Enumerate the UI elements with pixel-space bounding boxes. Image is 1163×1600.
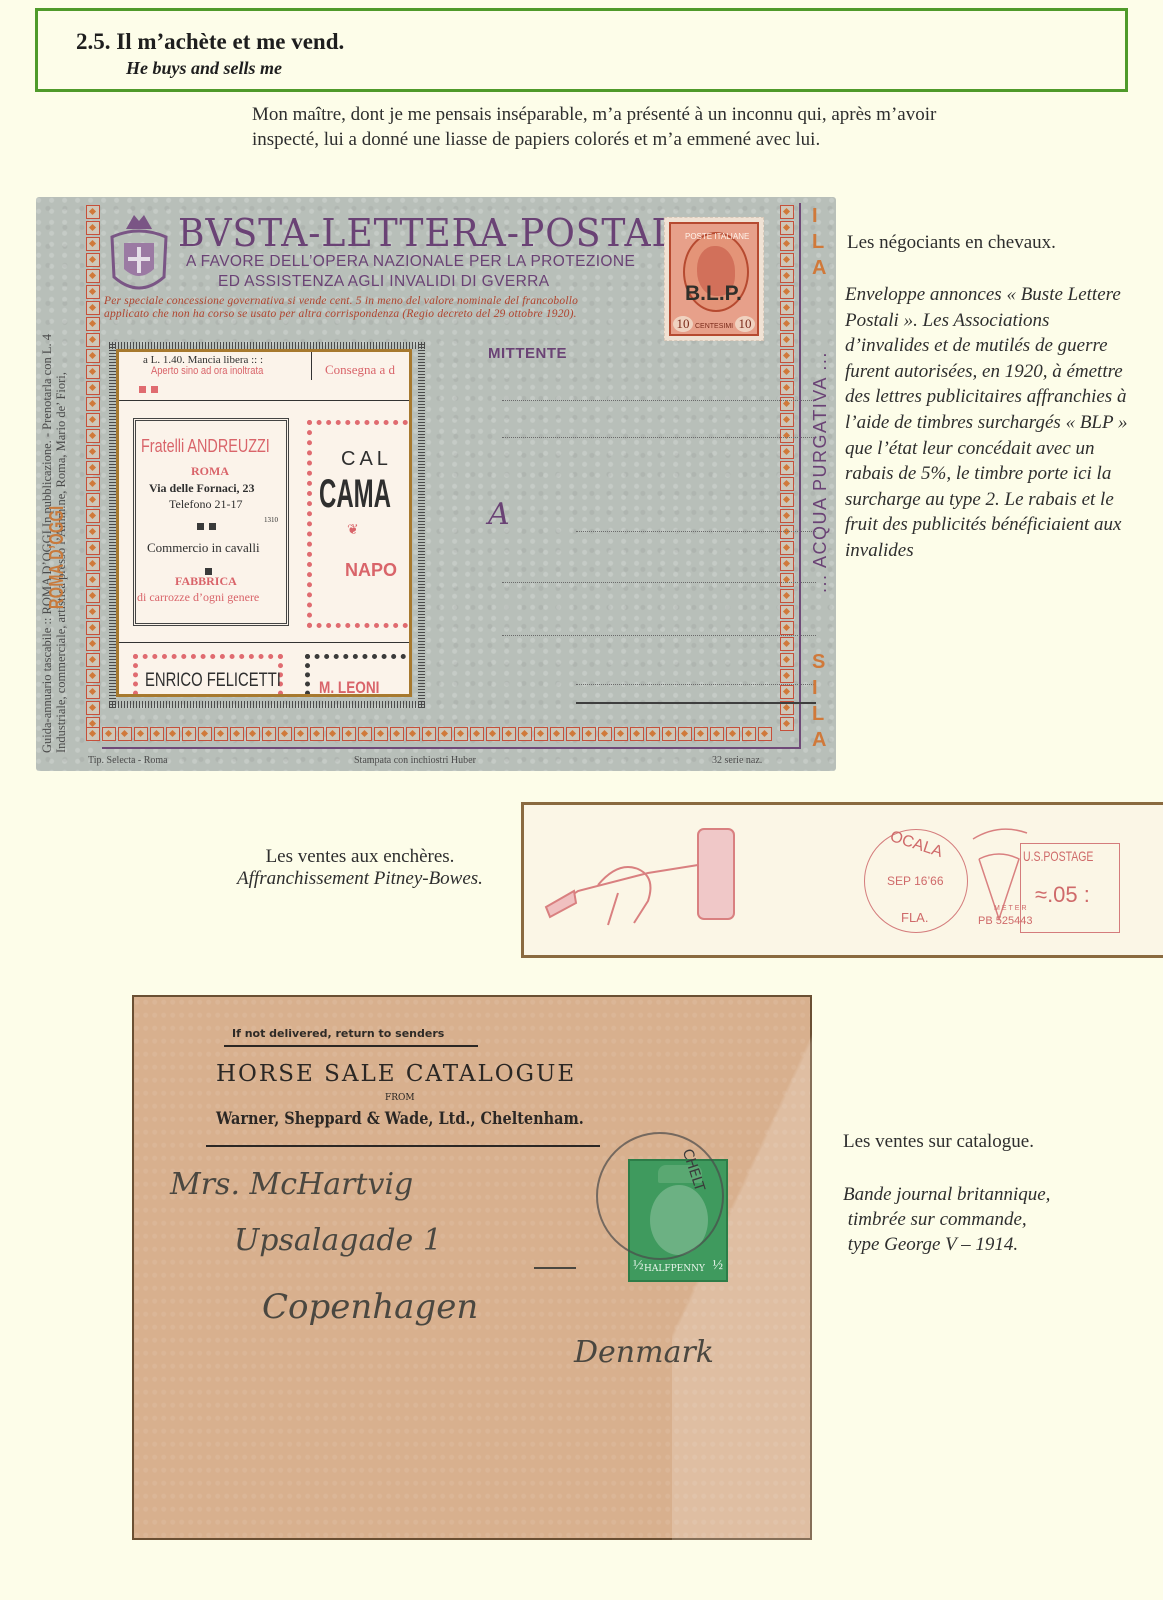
ad-fabbrica: FABBRICA — [175, 574, 237, 589]
border-tile — [86, 301, 100, 315]
border-tile — [86, 365, 100, 379]
border-tile — [780, 269, 794, 283]
border-tile — [502, 727, 516, 741]
ad-text: Aperto sino ad ora inoltrata — [151, 365, 263, 377]
border-tile — [780, 285, 794, 299]
address-line — [576, 684, 816, 685]
stamp-value: ½ — [633, 1258, 644, 1274]
border-tile — [310, 727, 324, 741]
rule — [206, 1145, 600, 1147]
border-tile — [662, 727, 676, 741]
border-tile — [518, 727, 532, 741]
border-tile — [406, 727, 420, 741]
border-tile — [86, 269, 100, 283]
border-tile — [438, 727, 452, 741]
border-tile — [780, 621, 794, 635]
border-tile — [780, 317, 794, 331]
border-tile — [780, 381, 794, 395]
ad-divider — [311, 352, 312, 380]
caption-line: Bande journal britannique, — [843, 1182, 1143, 1207]
border-tile — [780, 301, 794, 315]
right-margin-letter: I — [812, 677, 818, 700]
border-tile — [86, 669, 100, 683]
cheltenham-postmark — [596, 1132, 724, 1260]
border-tile — [758, 727, 772, 741]
border-tile — [86, 445, 100, 459]
address-line — [502, 437, 816, 438]
border-tile — [678, 727, 692, 741]
busta-subtitle: A FAVORE DELL’OPERA NAZIONALE PER LA PRO… — [186, 253, 635, 271]
handwritten-address: Mrs. McHartvig — [170, 1167, 413, 1202]
border-tile — [86, 253, 100, 267]
caption-auction: Les ventes aux enchères. Affranchissemen… — [200, 846, 520, 890]
border-tile — [86, 221, 100, 235]
border-tile — [294, 727, 308, 741]
series-number: 32 serie naz. — [712, 755, 762, 766]
border-tile — [780, 557, 794, 571]
border-tile — [86, 589, 100, 603]
border-tile — [780, 717, 794, 731]
border-tile — [486, 727, 500, 741]
border-tile — [150, 727, 164, 741]
border-tile — [86, 285, 100, 299]
ad-ornament — [139, 380, 163, 398]
ad-text: NAPO — [345, 560, 397, 581]
border-tile — [614, 727, 628, 741]
border-tile — [86, 541, 100, 555]
border-tile — [726, 727, 740, 741]
border-tile — [780, 333, 794, 347]
border-tile — [582, 727, 596, 741]
border-tile — [86, 461, 100, 475]
right-margin-letter: L — [812, 231, 824, 254]
ad-fabbrica-desc: di carrozze d’ogni genere — [137, 590, 259, 605]
address-line — [576, 531, 816, 532]
ad-divider — [119, 642, 412, 643]
border-tile — [390, 727, 404, 741]
pitney-bowes-cover: OCALA SEP 16’66 FLA. U.S.POSTAGE ≈.05 : … — [521, 802, 1163, 958]
border-tile — [214, 727, 228, 741]
border-tile — [780, 461, 794, 475]
caption-line: type George V – 1914. — [843, 1232, 1143, 1257]
address-line — [502, 400, 816, 401]
border-tile — [780, 477, 794, 491]
border-tile — [780, 237, 794, 251]
wrapper-firm: Warner, Sheppard & Wade, Ltd., Cheltenha… — [216, 1109, 584, 1129]
stamp-denomination: CENTESIMI — [695, 323, 733, 330]
stamp-denomination: HALFPENNY — [644, 1264, 705, 1274]
blp-stamp: POSTE ITALIANE B.L.P. 10 CENTESIMI 10 — [664, 217, 764, 341]
meter-indicia: U.S.POSTAGE ≈.05 : — [1020, 843, 1120, 933]
ad-code: 1310 — [264, 516, 278, 524]
border-line — [102, 747, 800, 749]
border-tile — [780, 205, 794, 219]
busta-note: Per speciale concessione governativa si … — [104, 295, 578, 307]
border-tile — [86, 605, 100, 619]
section-header: 2.5. Il m’achète et me vend. He buys and… — [35, 8, 1128, 92]
border-tile — [780, 253, 794, 267]
busta-title: BVSTA-LETTERA-POSTALE — [178, 211, 704, 255]
border-tile — [780, 525, 794, 539]
border-tile — [780, 637, 794, 651]
border-tile — [86, 333, 100, 347]
ad-text: ENRICO FELICETTI — [145, 670, 281, 692]
intro-paragraph: Mon maître, dont je me pensais inséparab… — [252, 102, 1082, 152]
border-tile — [278, 727, 292, 741]
border-tile — [646, 727, 660, 741]
ink-credit: Stampata con inchiostri Huber — [354, 755, 476, 766]
border-tile — [86, 477, 100, 491]
ad-company-name: Fratelli ANDREUZZI — [141, 436, 270, 457]
wrapper-title: HORSE SALE CATALOGUE — [216, 1061, 576, 1087]
roma-doggi-brand: ROMA D’OGGI — [46, 506, 69, 609]
border-tile — [86, 727, 100, 741]
ad-text: CAMA — [319, 472, 391, 517]
border-tile — [780, 429, 794, 443]
stamp-overprint: B.L.P. — [685, 282, 742, 306]
border-tile — [470, 727, 484, 741]
border-tile — [780, 493, 794, 507]
border-tile — [86, 573, 100, 587]
ad-text: M. LEONI & — [319, 678, 391, 697]
border-tile — [780, 541, 794, 555]
border-tile — [86, 317, 100, 331]
border-tile — [326, 727, 340, 741]
border-tile — [166, 727, 180, 741]
border-tile — [86, 205, 100, 219]
border-line — [799, 203, 801, 749]
ad-text: CAL — [341, 448, 392, 471]
border-tile — [710, 727, 724, 741]
ad-trade: Commercio in cavalli — [147, 540, 260, 556]
border-tile — [742, 727, 756, 741]
border-tile — [86, 429, 100, 443]
ads-window: a L. 1.40. Mancia libera :: : Aperto sin… — [116, 349, 412, 697]
border-tile — [86, 349, 100, 363]
card-footer: Tip. Selecta - Roma Stampata con inchios… — [36, 753, 836, 769]
grape-icon: ❦ — [347, 522, 359, 539]
border-tile — [86, 525, 100, 539]
acqua-purgativa-text: ... ACQUA PURGATIVA ... — [810, 351, 831, 593]
border-tile — [86, 637, 100, 651]
border-tile — [598, 727, 612, 741]
intro-line: inspecté, lui a donné une liasse de papi… — [252, 127, 1082, 152]
border-tile — [780, 605, 794, 619]
right-margin-ad: I L A ... ACQUA PURGATIVA ... S I L A — [806, 205, 834, 755]
busta-subtitle: ED ASSISTENZA AGLI INVALIDI DI GVERRA — [218, 273, 550, 291]
decorative-tile-border-bottom — [86, 727, 772, 741]
stamp-value: ½ — [713, 1258, 724, 1274]
border-tile — [780, 653, 794, 667]
border-tile — [422, 727, 436, 741]
border-tile — [86, 509, 100, 523]
caption-auction-subtitle: Affranchissement Pitney-Bowes. — [200, 868, 520, 890]
printer-credit: Tip. Selecta - Roma — [88, 755, 168, 766]
border-tile — [780, 685, 794, 699]
mittente-label: MITTENTE — [488, 345, 567, 362]
border-tile — [262, 727, 276, 741]
left-margin-ad: Guida-annuario tascabile :: ROMA D’OGGI … — [36, 197, 84, 757]
postmark-state: FLA. — [901, 910, 928, 925]
border-tile — [780, 589, 794, 603]
meter-label: METER — [994, 905, 1029, 912]
border-tile — [86, 685, 100, 699]
ad-divider — [119, 400, 412, 401]
address-line — [502, 582, 816, 583]
decorative-tile-border-left — [86, 205, 100, 731]
border-tile — [454, 727, 468, 741]
border-tile — [780, 669, 794, 683]
right-margin-letter: A — [812, 257, 826, 280]
caption-horse-dealers-body: Enveloppe annonces « Buste Lettere Posta… — [845, 282, 1135, 564]
border-tile — [86, 653, 100, 667]
border-tile — [342, 727, 356, 741]
busta-lettera-postale-card: Guida-annuario tascabile :: ROMA D’OGGI … — [36, 197, 836, 771]
rule — [224, 1045, 478, 1047]
border-tile — [358, 727, 372, 741]
border-tile — [780, 221, 794, 235]
meter-number: PB 525443 — [978, 915, 1032, 927]
border-tile — [780, 349, 794, 363]
border-tile — [182, 727, 196, 741]
handwritten-address: Copenhagen — [262, 1287, 478, 1327]
border-tile — [780, 573, 794, 587]
border-tile — [86, 557, 100, 571]
right-margin-letter: S — [812, 651, 825, 674]
return-instruction: If not delivered, return to senders — [232, 1027, 444, 1040]
wrapper-from: FROM — [385, 1093, 415, 1103]
border-tile — [694, 727, 708, 741]
ad-phone: Telefono 21-17 — [169, 497, 242, 512]
border-tile — [134, 727, 148, 741]
border-tile — [630, 727, 644, 741]
stamp-value: 10 — [735, 316, 755, 332]
decorative-tile-border-right — [780, 205, 794, 731]
caption-line: timbrée sur commande, — [843, 1207, 1143, 1232]
border-tile — [780, 365, 794, 379]
postmark-city: OCALA — [888, 828, 945, 862]
coat-of-arms-icon — [106, 207, 172, 299]
border-tile — [198, 727, 212, 741]
ad-ornament — [197, 517, 221, 535]
caption-horse-dealers-title: Les négociants en chevaux. — [847, 232, 1147, 254]
caption-catalogue-title: Les ventes sur catalogue. — [843, 1131, 1034, 1153]
border-tile — [230, 727, 244, 741]
border-tile — [86, 237, 100, 251]
section-subtitle: He buys and sells me — [126, 58, 282, 79]
border-tile — [86, 493, 100, 507]
section-title: 2.5. Il m’achète et me vend. — [76, 29, 344, 55]
stamp-value: 10 — [673, 316, 693, 332]
border-tile — [102, 727, 116, 741]
border-tile — [534, 727, 548, 741]
postmark-circle: OCALA SEP 16’66 FLA. — [864, 829, 968, 933]
right-margin-letter: L — [812, 703, 824, 726]
stamp-country: POSTE ITALIANE — [685, 232, 749, 241]
handwritten-address: Denmark — [574, 1335, 714, 1370]
border-tile — [118, 727, 132, 741]
border-tile — [86, 397, 100, 411]
horse-and-gavel-icon — [538, 821, 758, 941]
border-tile — [780, 445, 794, 459]
right-margin-letter: I — [812, 205, 818, 228]
postage-amount: ≈.05 : — [1035, 882, 1090, 908]
border-tile — [550, 727, 564, 741]
postage-label: U.S.POSTAGE — [1023, 848, 1093, 864]
caption-auction-title: Les ventes aux enchères. — [200, 846, 520, 868]
busta-note: applicato che non ha corso se usato per … — [104, 308, 577, 320]
address-underline — [576, 702, 816, 704]
newspaper-wrapper: If not delivered, return to senders HORS… — [132, 995, 812, 1540]
border-tile — [86, 621, 100, 635]
border-tile — [86, 701, 100, 715]
border-tile — [374, 727, 388, 741]
handwritten-address: Upsalagade 1 — [234, 1223, 442, 1258]
border-tile — [246, 727, 260, 741]
handwriting-underline — [534, 1267, 576, 1269]
caption-catalogue-body: Bande journal britannique, timbrée sur c… — [843, 1182, 1143, 1257]
border-tile — [780, 509, 794, 523]
postmark-date: SEP 16’66 — [887, 874, 944, 888]
border-tile — [780, 413, 794, 427]
intro-line: Mon maître, dont je me pensais inséparab… — [252, 102, 1082, 127]
address-line — [502, 635, 816, 636]
border-tile — [566, 727, 580, 741]
recipient-label: A — [488, 497, 510, 532]
border-tile — [86, 381, 100, 395]
ad-address: Via delle Fornaci, 23 — [149, 481, 255, 496]
ad-text: Consegna a d — [325, 362, 395, 378]
ad-city: ROMA — [191, 464, 229, 479]
right-margin-letter: A — [812, 729, 826, 752]
border-tile — [86, 413, 100, 427]
